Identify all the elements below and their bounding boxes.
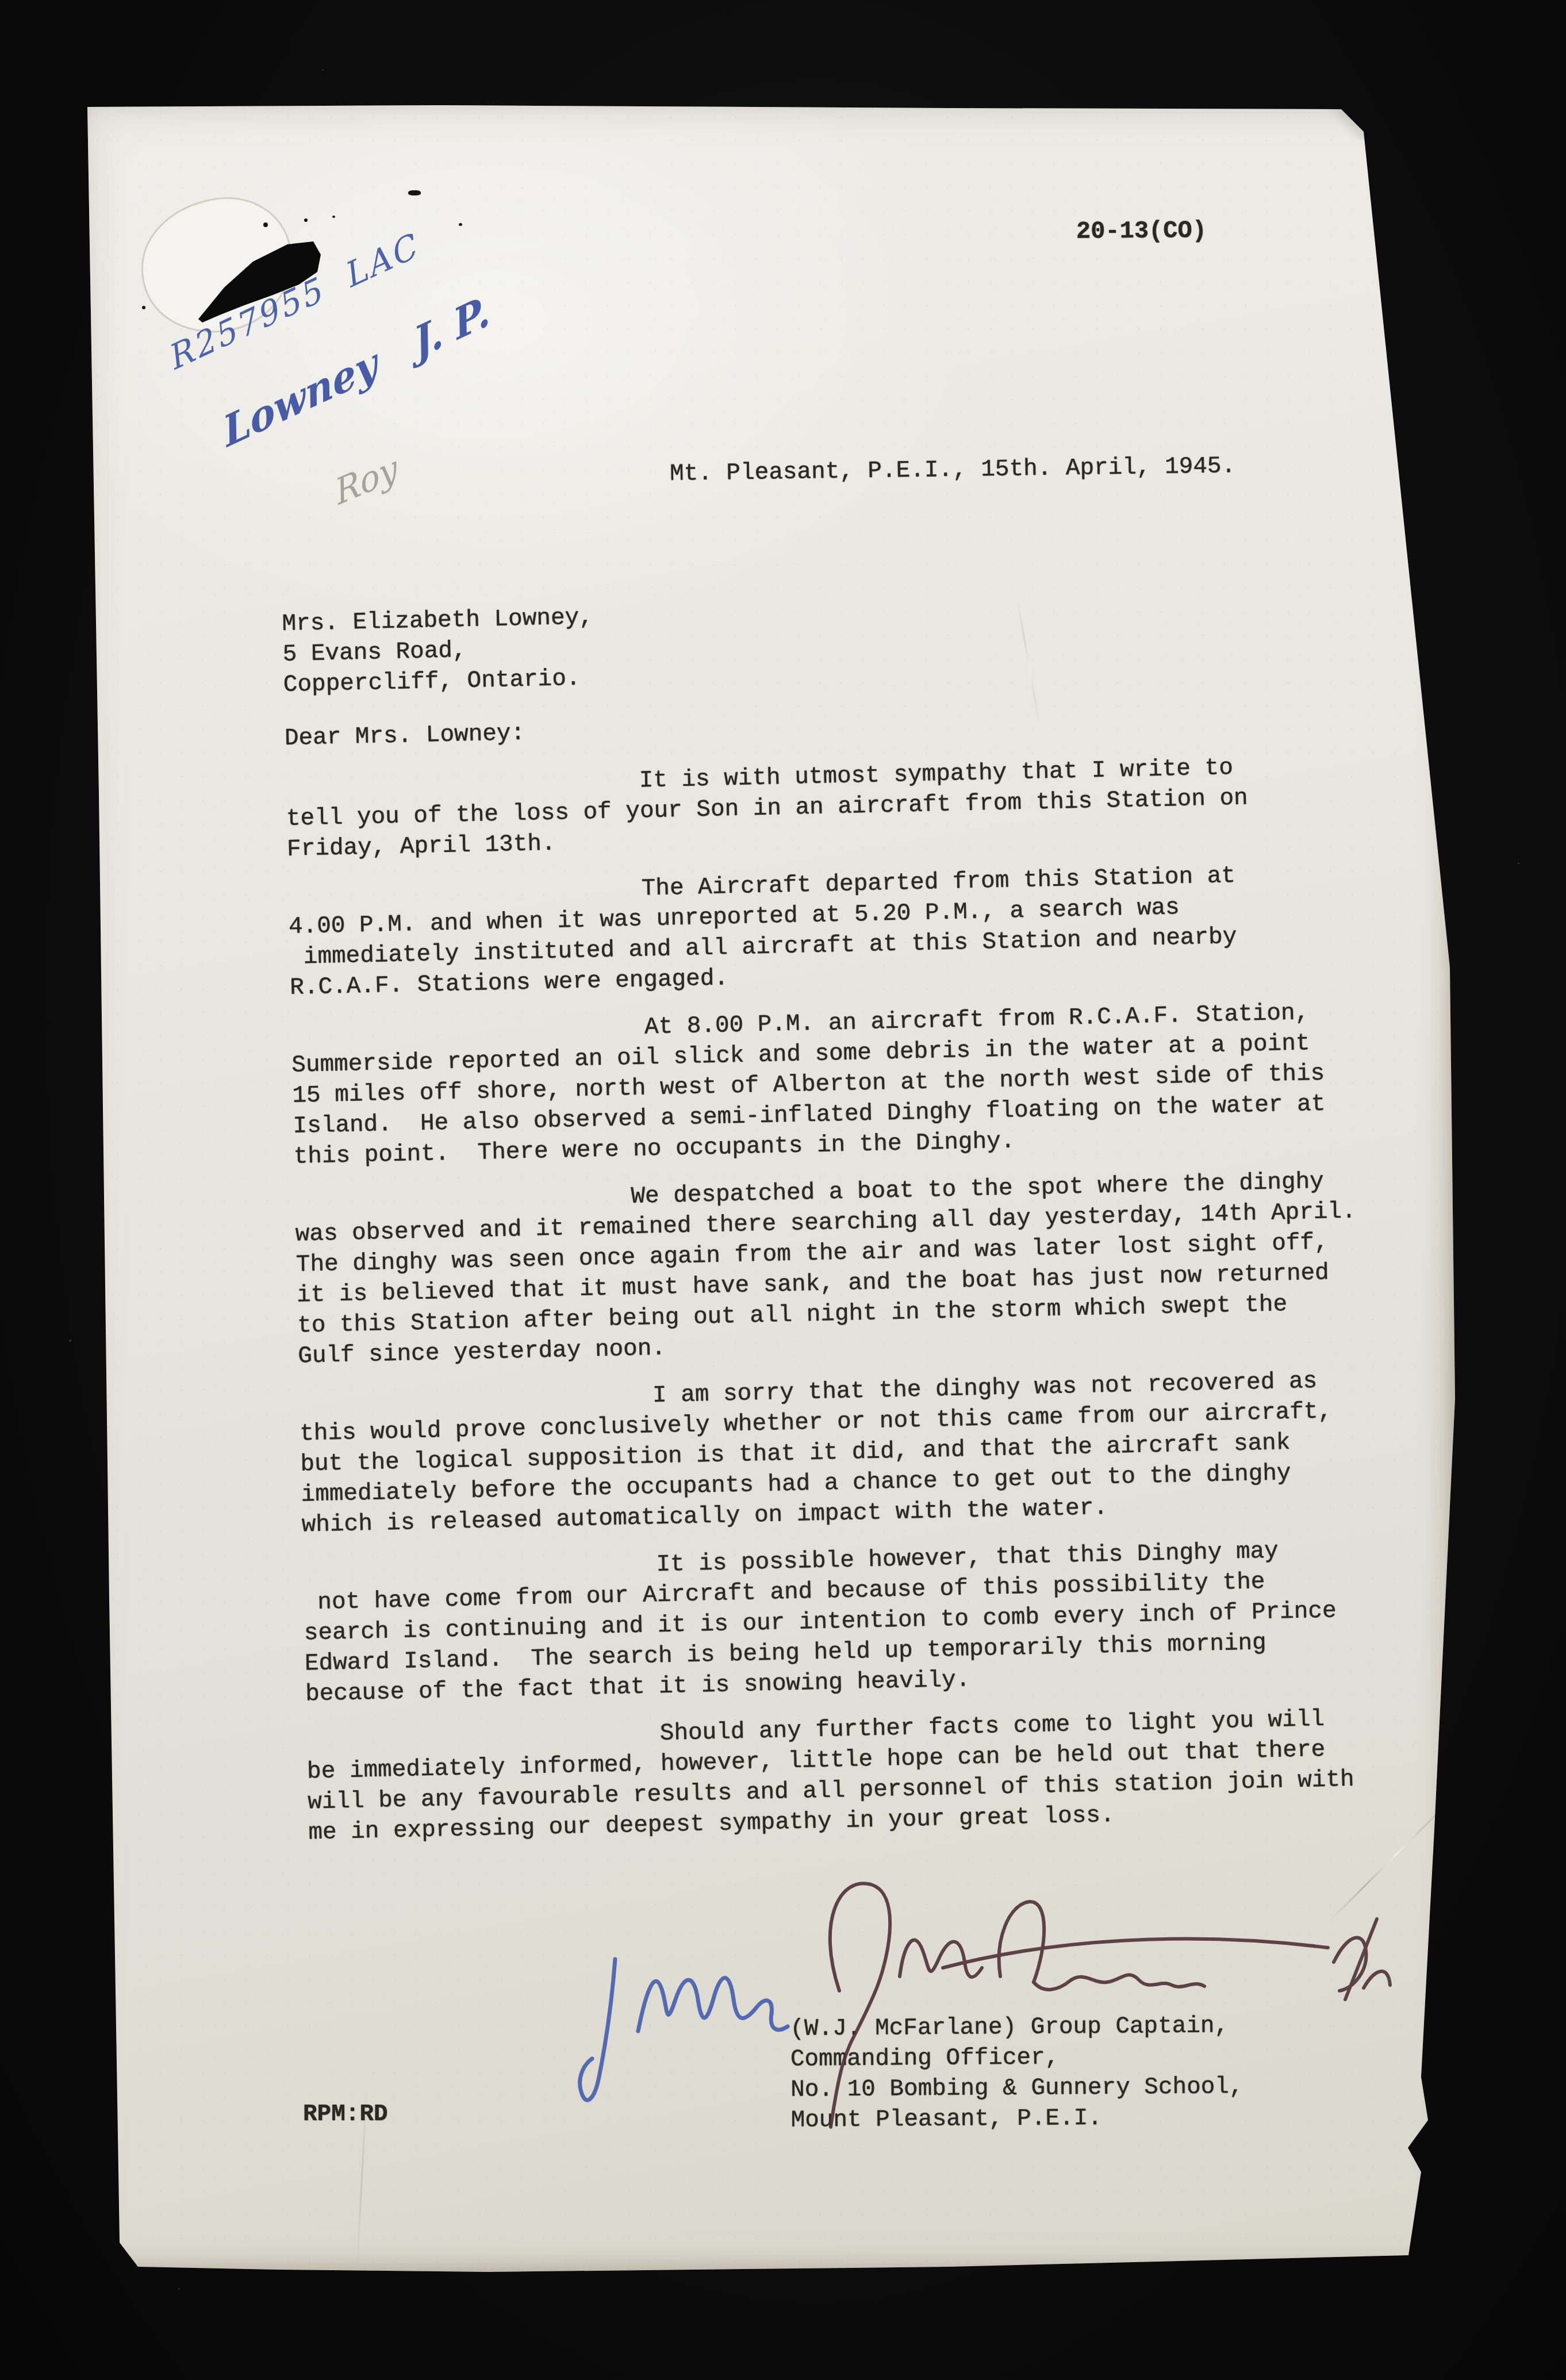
dust-speck xyxy=(322,69,324,71)
salutation: Dear Mrs. Lowney: xyxy=(284,700,1354,754)
dust-speck xyxy=(1518,862,1519,864)
dust-speck xyxy=(69,1339,71,1342)
paragraph: It is possible however, that this Dinghy… xyxy=(302,1534,1375,1710)
signature-line: Commanding Officer, xyxy=(790,2041,1243,2075)
signature-line: No. 10 Bombing & Gunnery School, xyxy=(790,2072,1243,2105)
signature-line: Mount Pleasant, P.E.I. xyxy=(790,2102,1243,2136)
corner-fold xyxy=(1328,105,1371,140)
file-reference: 20-13(CO) xyxy=(1076,217,1207,245)
letter-page: R257955 LAC Lowney J. P. Roy 20-13(CO) M… xyxy=(86,105,1457,2274)
initials-text: J. P. xyxy=(410,286,493,368)
signature-block: (W.J. McFarlane) Group Captain, Commandi… xyxy=(790,2011,1243,2136)
ink-speck xyxy=(332,216,335,218)
paragraph: We despatched a boat to the spot where t… xyxy=(294,1166,1367,1372)
dateline: Mt. Pleasant, P.E.I., 15th. April, 1945. xyxy=(670,453,1236,487)
scan-background: R257955 LAC Lowney J. P. Roy 20-13(CO) M… xyxy=(0,0,1566,2380)
typist-reference: RPM:RD xyxy=(303,2101,388,2128)
paragraph: I am sorry that the dinghy was not recov… xyxy=(299,1365,1371,1541)
dust-speck xyxy=(178,2288,180,2290)
surname-text: Lowney xyxy=(220,337,381,456)
paragraph: The Aircraft departed from this Station … xyxy=(287,858,1359,1004)
recipient-address: Mrs. Elizabeth Lowney, 5 Evans Road, Cop… xyxy=(282,586,1353,701)
paragraph: At 8.00 P.M. an aircraft from R.C.A.F. S… xyxy=(291,997,1363,1173)
letter-body: Mrs. Elizabeth Lowney, 5 Evans Road, Cop… xyxy=(282,586,1378,1848)
paragraph: Should any further facts come to light y… xyxy=(306,1703,1377,1849)
annotator-initials-signature xyxy=(558,1928,822,2135)
ink-speck xyxy=(408,190,421,195)
signature-line: (W.J. McFarlane) Group Captain, xyxy=(790,2011,1243,2044)
ink-speck xyxy=(459,223,462,226)
paragraph: It is with utmost sympathy that I write … xyxy=(285,750,1356,865)
handwritten-pencil-note: Roy xyxy=(332,447,401,513)
